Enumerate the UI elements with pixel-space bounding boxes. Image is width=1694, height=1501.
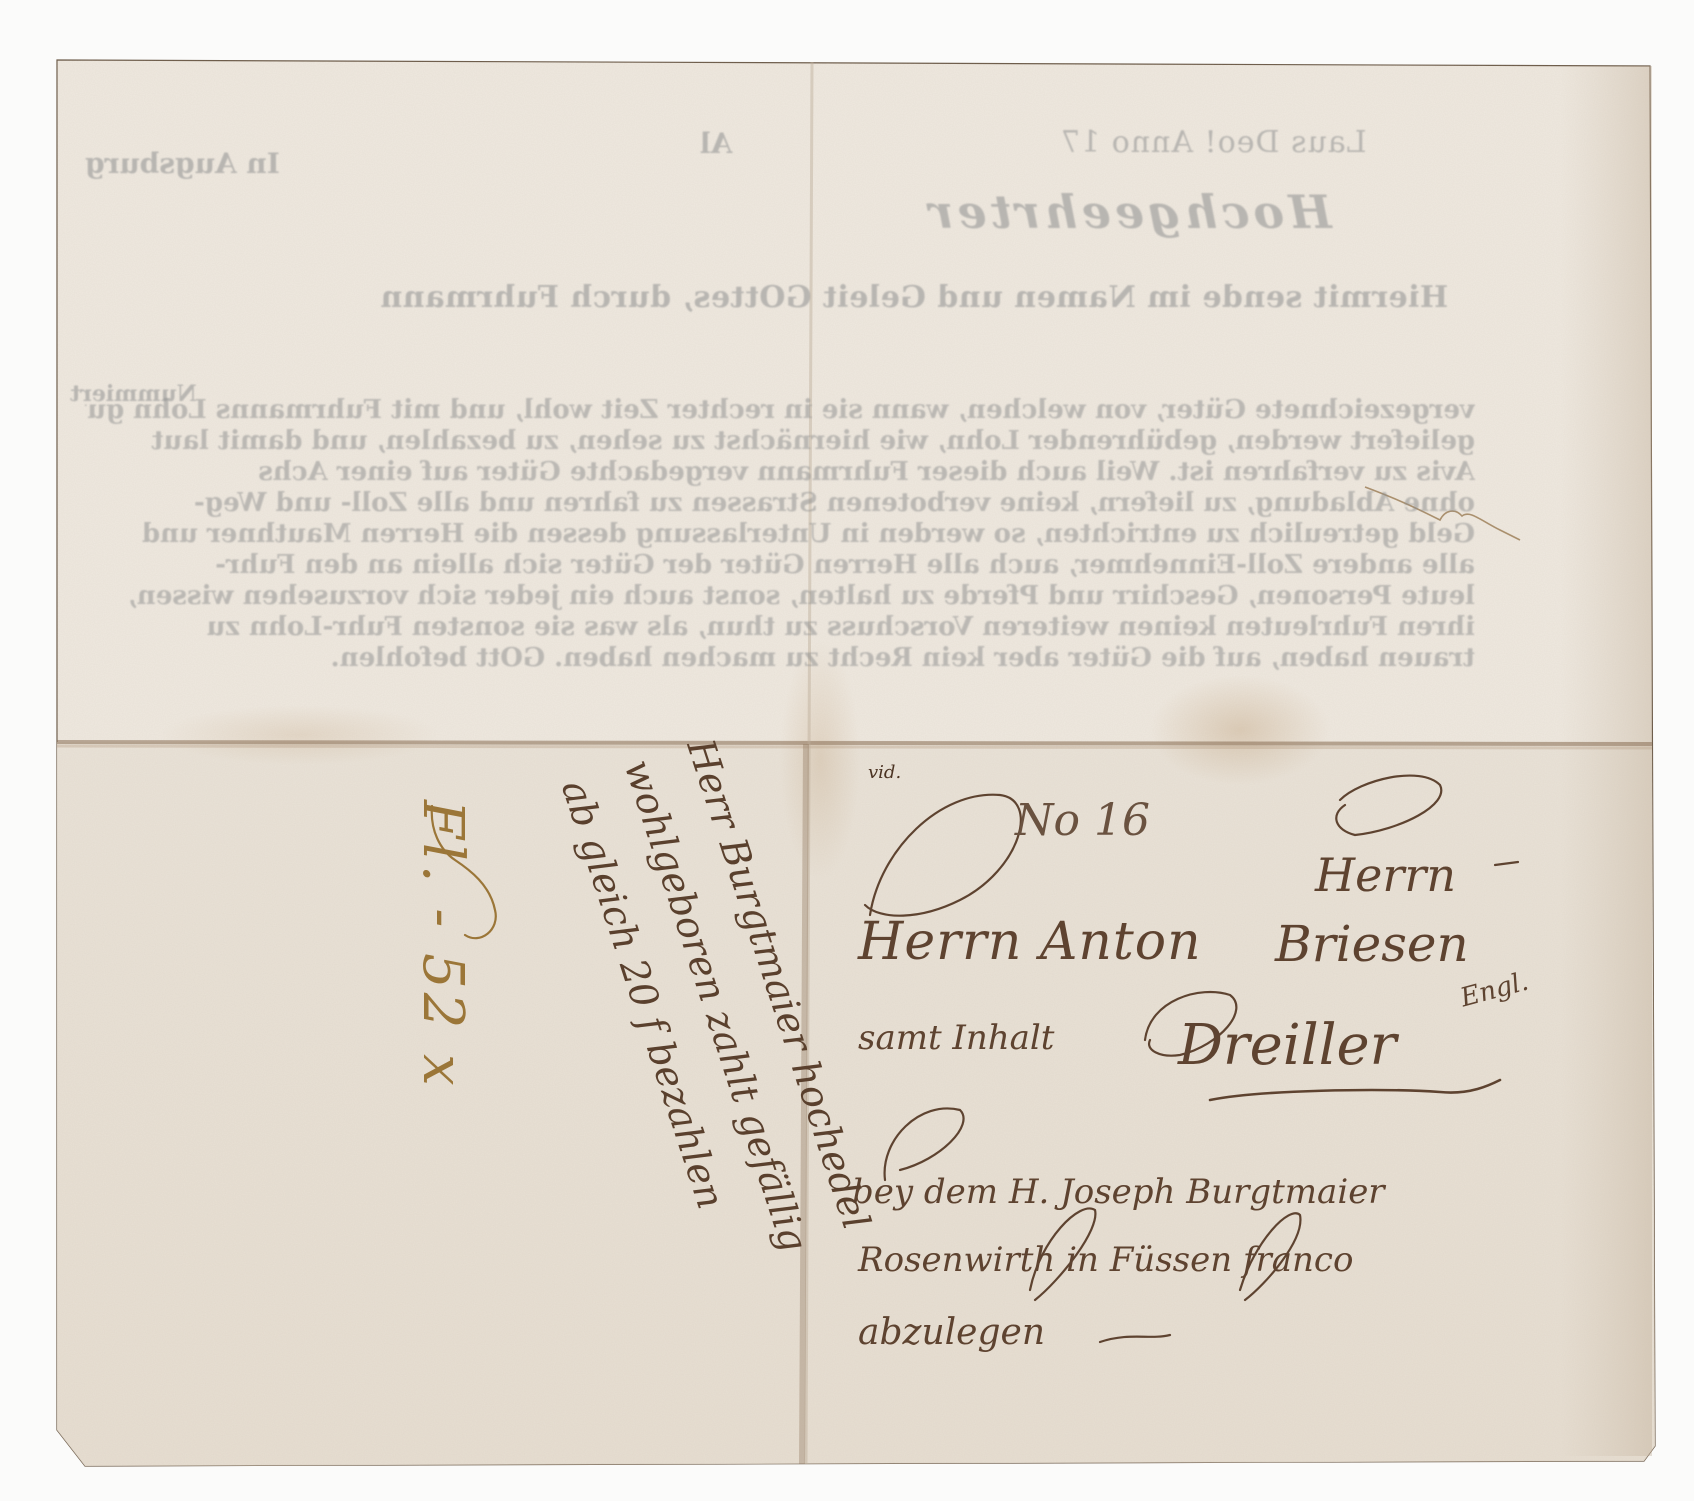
addressee-surname: Briesen [1275, 915, 1469, 973]
bleed-body-line: Geld getreulich zu entrichten, so werden… [85, 519, 1475, 550]
salutation: Herrn [1315, 848, 1456, 902]
bleed-body-text: vergezeichnete Güter, von welchen, wann … [85, 395, 1475, 674]
bleed-body-line: trauen haben, auf die Güter aber kein Re… [85, 643, 1475, 674]
contents-line: samt Inhalt [858, 1018, 1054, 1058]
sender-name: Dreiller [1178, 1013, 1396, 1078]
place-line: Rosenwirth in Füssen franco [858, 1240, 1353, 1280]
bleed-body-line: alle andere Zoll-Einnehmer, auch alle He… [85, 550, 1475, 581]
delivery-instruction: abzulegen [858, 1312, 1045, 1353]
addressee-name: Herrn Anton [858, 912, 1202, 972]
docket-amount: Fl. - 52 x [410, 800, 475, 1090]
bleed-body-line: ohne Abladung, zu liefern, keine verbote… [85, 488, 1475, 519]
bleed-body-line: ihren Fuhrleuten keinen weiteren Vorschu… [85, 612, 1475, 643]
bleed-header-place: In Augsburg [85, 147, 280, 180]
bleed-header-mark: Al [700, 127, 732, 160]
via-line: bey dem H. Joseph Burgtmaier [852, 1172, 1385, 1212]
bleed-body-line: Avis zu verfahren ist. Weil auch dieser … [85, 457, 1475, 488]
bleed-header-date: Laus Deo! Anno 17 [1060, 125, 1367, 160]
document-sheet: Laus Deo! Anno 17 Al In Augsburg Hochgee… [0, 0, 1694, 1501]
consignment-number: No 16 [1015, 795, 1150, 846]
bleed-title: Hochgeehrter [925, 185, 1332, 239]
bleed-body-line: leute Personen, Geschirr und Pferde zu h… [85, 581, 1475, 612]
vidi-mark: vid. [868, 762, 901, 783]
paper-background [0, 0, 1694, 1501]
bleed-body-line: geliefert werden, gebührender Lohn, wie … [85, 426, 1475, 457]
bleed-body-line: vergezeichnete Güter, von welchen, wann … [85, 395, 1475, 426]
bleed-intro: Hiermit sende im Namen und Geleit GOttes… [380, 280, 1448, 315]
